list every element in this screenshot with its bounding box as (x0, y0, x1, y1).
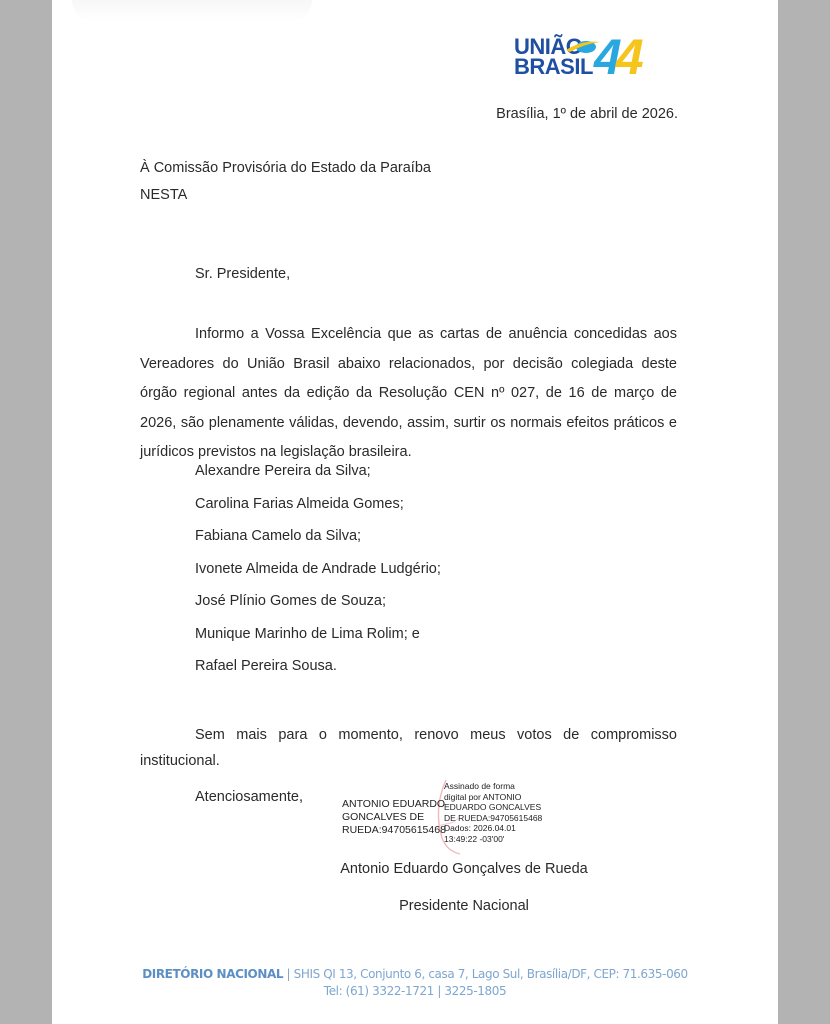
document-page: UNIÃO BRASIL 44 Brasília, 1º de abril de… (52, 0, 778, 1024)
sig-right-line: digital por ANTONIO (444, 792, 542, 803)
footer-address-line: DIRETÓRIO NACIONAL | SHIS QI 13, Conjunt… (52, 966, 778, 983)
list-item: Fabiana Camelo da Silva; (195, 527, 441, 560)
logo-digit-2: 4 (616, 29, 638, 85)
list-item: Rafael Pereira Sousa. (195, 657, 441, 690)
list-item: Munique Marinho de Lima Rolim; e (195, 625, 441, 658)
sig-right-line: EDUARDO GONCALVES (444, 802, 542, 813)
closing-paragraph: Sem mais para o momento, renovo meus vot… (140, 722, 677, 774)
recipient-line-2: NESTA (140, 186, 187, 204)
body-paragraph: Informo a Vossa Excelência que as cartas… (140, 320, 677, 468)
sig-left-line: ANTONIO EDUARDO (342, 798, 446, 811)
logo-number-44: 44 (594, 32, 638, 82)
list-item: Carolina Farias Almeida Gomes; (195, 495, 441, 528)
footer-phones: Tel: (61) 3322-1721 | 3225-1805 (52, 983, 778, 1000)
regards: Atenciosamente, (195, 788, 303, 806)
sig-left-line: RUEDA:94705615468 (342, 824, 446, 837)
uniao-brasil-logo: UNIÃO BRASIL 44 (514, 32, 664, 84)
list-item: Ivonete Almeida de Andrade Ludgério; (195, 560, 441, 593)
recipient-line-1: À Comissão Provisória do Estado da Paraí… (140, 159, 431, 177)
salutation: Sr. Presidente, (195, 265, 290, 283)
sig-right-line: Assinado de forma (444, 781, 542, 792)
sig-right-line: 13:49:22 -03'00' (444, 834, 542, 845)
list-item: José Plínio Gomes de Souza; (195, 592, 441, 625)
sig-right-line: Dados: 2026.04.01 (444, 823, 542, 834)
footer-address: | SHIS QI 13, Conjunto 6, casa 7, Lago S… (283, 967, 688, 981)
sig-right-line: DE RUEDA:94705615468 (444, 813, 542, 824)
digital-signature-details: Assinado de forma digital por ANTONIO ED… (444, 781, 542, 845)
logo-digit-1: 4 (594, 29, 616, 85)
logo-word-brasil: BRASIL (514, 56, 593, 78)
signer-role: Presidente Nacional (314, 897, 614, 915)
councilors-list: Alexandre Pereira da Silva; Carolina Far… (195, 462, 441, 690)
list-item: Alexandre Pereira da Silva; (195, 462, 441, 495)
signer-name: Antonio Eduardo Gonçalves de Rueda (314, 860, 614, 878)
digital-signature-signer: ANTONIO EDUARDO GONCALVES DE RUEDA:94705… (342, 798, 446, 837)
footer-label: DIRETÓRIO NACIONAL (142, 967, 283, 981)
sig-left-line: GONCALVES DE (342, 811, 446, 824)
page-shadow (72, 0, 312, 22)
footer: DIRETÓRIO NACIONAL | SHIS QI 13, Conjunt… (52, 966, 778, 1000)
date-line: Brasília, 1º de abril de 2026. (496, 105, 678, 123)
